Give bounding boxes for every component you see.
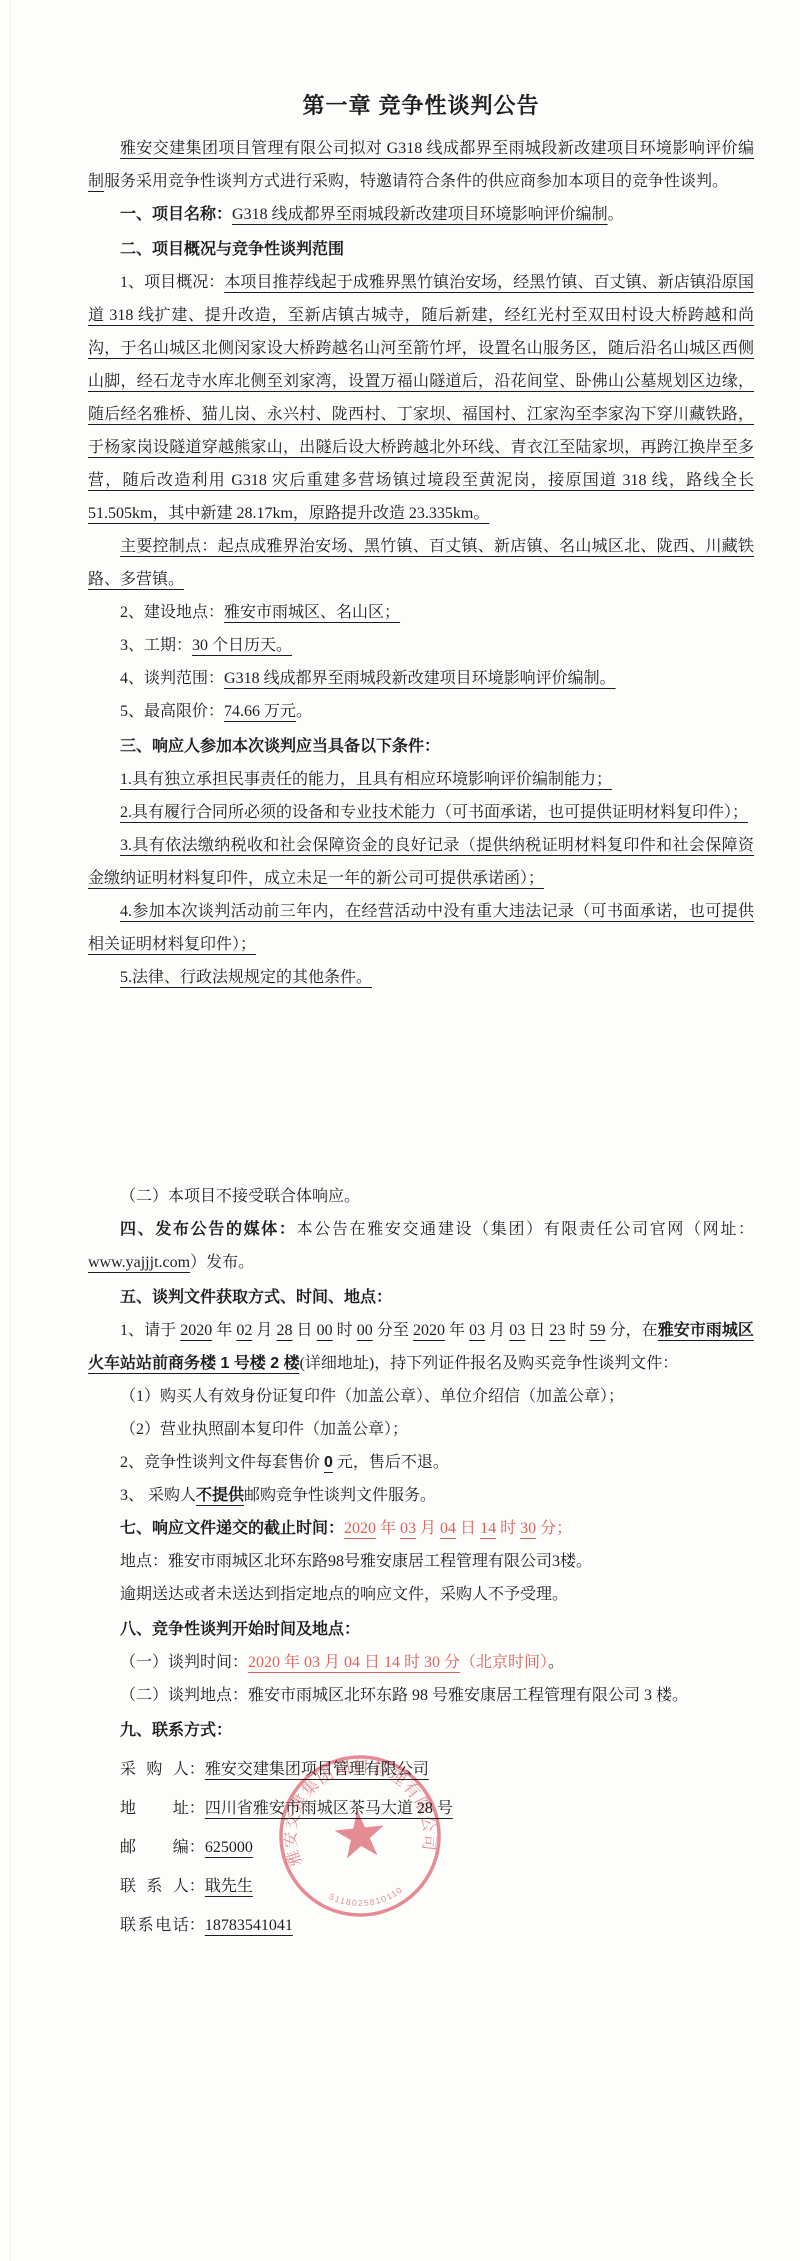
section-1-project-name: 一、项目名称：G318 线成都界至雨城段新改建项目环境影响评价编制。 [88,198,754,231]
start-year: 2020 [180,1322,212,1339]
price-value: 74.66 万元 [224,703,296,720]
condition-3: 3.具有依法缴纳税收和社会保障资金的良好记录（提供纳税证明材料复印件和社会保障资… [88,829,754,895]
negotiation-scope-item: 4、谈判范围：G318 线成都界至雨城段新改建项目环境影响评价编制。 [88,662,754,695]
run: 邮购竞争性谈判文件服务。 [244,1487,436,1504]
run: 2、竞争性谈判文件每套售价 [120,1454,324,1471]
run: 年 [212,1322,236,1339]
run: 1、请于 [120,1322,180,1339]
section-1-period: 。 [608,206,624,223]
run: 3、 采购人 [120,1487,196,1504]
section-7-deadline: 七、响应文件递交的截止时间：2020 年 03 月 04 日 14 时 30 分… [88,1512,754,1545]
zip-label: 邮编 [120,1831,189,1864]
contact-person-label: 联系人 [120,1870,189,1903]
run: 时 [565,1322,589,1339]
construction-location-item: 2、建设地点：雅安市雨城区、名山区； [88,596,754,629]
project-overview-paragraph: 1、项目概况：本项目推荐线起于成雅界黑竹镇治安场，经黑竹镇、百丈镇、新店镇沿原国… [88,266,754,530]
run: 分； [536,1520,572,1537]
end-month: 03 [469,1322,485,1339]
negotiation-place-value: 雅安市雨城区北环东路 98 号雅安康居工程管理有限公司 3 楼。 [248,1687,688,1704]
project-name-value: G318 线成都界至雨城段新改建项目环境影响评价编制 [232,206,608,223]
required-document-1: （1）购买人有效身份证复印件（加盖公章）、单位介绍信（加盖公章）； [88,1380,754,1413]
end-hour: 23 [549,1322,565,1339]
colon: ： [189,1878,205,1895]
run: 元，售后不退。 [333,1454,449,1471]
start-month: 02 [236,1322,252,1339]
run: 月 [416,1520,440,1537]
media-text: 本公告在雅安交通建设（集团）有限责任公司官网（网址： [297,1221,754,1238]
run: 分至 [373,1322,413,1339]
section-1-label: 一、项目名称： [120,206,232,223]
section-3-heading: 三、响应人参加本次谈判应当具备以下条件： [88,730,754,763]
condition-2-text: 2.具有履行合同所必须的设备和专业技术能力（可书面承诺，也可提供证明材料复印件）… [120,804,748,821]
required-document-2: （2）营业执照副本复印件（加盖公章）； [88,1413,754,1446]
buyer-label: 采购人 [120,1753,189,1786]
submission-place: 地点：雅安市雨城区北环东路98号雅安康居工程管理有限公司3楼。 [88,1545,754,1578]
condition-5-text: 5.法律、行政法规规定的其他条件。 [120,969,372,986]
start-minute: 00 [357,1322,373,1339]
run: 年 [376,1520,400,1537]
scan-artifact-line [10,0,11,2261]
run: 。 [548,1654,564,1671]
document-purchase-paragraph: 1、请于 2020 年 02 月 28 日 00 时 00 分至 2020 年 … [88,1314,754,1380]
price-period: 。 [296,703,312,720]
condition-1-text: 1.具有独立承担民事责任的能力，且具有相应环境影响评价编制能力； [120,771,612,788]
negotiation-time-label: （一）谈判时间： [120,1654,248,1671]
document-page: 第一章 竞争性谈判公告 雅安交建集团项目管理有限公司拟对 G318 线成都界至雨… [0,0,800,2261]
deadline-day: 04 [440,1520,456,1537]
location-label: 2、建设地点： [120,604,224,621]
intro-paragraph: 雅安交建集团项目管理有限公司拟对 G318 线成都界至雨城段新改建项目环境影响评… [88,132,754,198]
beijing-time-note: （北京时间） [460,1654,548,1671]
price-label: 5、最高限价： [120,703,224,720]
overview-text: 本项目推荐线起于成雅界黑竹镇治安场，经黑竹镇、百丈镇、新店镇沿原国道 318 线… [88,274,754,522]
section-2-heading: 二、项目概况与竞争性谈判范围 [88,233,754,266]
run: 日 [456,1520,480,1537]
run: 时 [333,1322,357,1339]
run: (详细地址)，持下列证件报名及购买竞争性谈判文件： [300,1355,679,1372]
run: 时 [496,1520,520,1537]
document-content: 第一章 竞争性谈判公告 雅安交建集团项目管理有限公司拟对 G318 线成都界至雨… [88,88,754,1942]
intro-rest-run: 服务采用竞争性谈判方式进行采购，特邀请符合条件的供应商参加本项目的竞争性谈判。 [104,173,728,190]
phone-value: 18783541041 [205,1917,293,1934]
section-5-heading: 五、谈判文件获取方式、时间、地点： [88,1281,754,1314]
deadline-hour: 14 [480,1520,496,1537]
phone-label: 联系电话 [120,1909,189,1942]
colon: ： [189,1917,205,1934]
control-points-text: 主要控制点：起点成雅界治安场、黑竹镇、百丈镇、新店镇、名山城区北、陇西、川藏铁路… [88,538,754,588]
duration-label: 3、工期： [120,637,192,654]
run: 日 [525,1322,549,1339]
document-price-value: 0 [324,1454,333,1471]
section-4-media: 四、发布公告的媒体：本公告在雅安交通建设（集团）有限责任公司官网（网址：www.… [88,1213,754,1279]
negotiation-time-item: （一）谈判时间：2020 年 03 月 04 日 14 时 30 分（北京时间）… [88,1646,754,1679]
media-tail: ）发布。 [190,1254,254,1271]
section-8-heading: 八、竞争性谈判开始时间及地点： [88,1613,754,1646]
document-price-item: 2、竞争性谈判文件每套售价 0 元，售后不退。 [88,1446,754,1479]
start-hour: 00 [317,1322,333,1339]
seal-company-arc-text: 雅安交建集团项目管理有限公司 [274,1750,440,1869]
start-day: 28 [277,1322,293,1339]
run: 分，在 [606,1322,658,1339]
seal-star-icon [333,1808,387,1860]
late-submission-note: 逾期送达或者未送达到指定地点的响应文件，采购人不予受理。 [88,1578,754,1611]
location-value: 雅安市雨城区、名山区； [224,604,400,621]
negotiation-place-item: （二）谈判地点：雅安市雨城区北环东路 98 号雅安康居工程管理有限公司 3 楼。 [88,1679,754,1712]
run: 月 [252,1322,276,1339]
condition-4: 4.参加本次谈判活动前三年内，在经营活动中没有重大违法记录（可书面承诺，也可提供… [88,895,754,961]
condition-4-text: 4.参加本次谈判活动前三年内，在经营活动中没有重大违法记录（可书面承诺，也可提供… [88,903,754,953]
run: 日 [293,1322,317,1339]
colon: ： [189,1839,205,1856]
price-cap-item: 5、最高限价：74.66 万元。 [88,695,754,728]
duration-value: 30 个日历天。 [192,637,292,654]
no-consortium-note: （二）本项目不接受联合体响应。 [88,1180,754,1213]
negotiation-date: 2020 年 03 月 04 日 14 时 30 分 [248,1654,460,1671]
end-minute: 59 [590,1322,606,1339]
condition-5: 5.法律、行政法规规定的其他条件。 [88,961,754,994]
scope-label: 4、谈判范围： [120,670,224,687]
zip-value: 625000 [205,1839,253,1856]
run: 年 [445,1322,469,1339]
condition-1: 1.具有独立承担民事责任的能力，且具有相应环境影响评价编制能力； [88,763,754,796]
no-mail-order-item: 3、 采购人不提供邮购竞争性谈判文件服务。 [88,1479,754,1512]
deadline-year: 2020 [344,1520,376,1537]
section-4-label: 四、发布公告的媒体： [120,1221,297,1238]
not-provided-emphasis: 不提供 [196,1487,244,1504]
end-year: 2020 [413,1322,445,1339]
contact-person-value: 戢先生 [205,1878,253,1895]
scope-value: G318 线成都界至雨城段新改建项目环境影响评价编制。 [224,670,616,687]
overview-label: 1、项目概况： [120,274,224,291]
condition-2: 2.具有履行合同所必须的设备和专业技术能力（可书面承诺，也可提供证明材料复印件）… [88,796,754,829]
end-day: 03 [509,1322,525,1339]
colon: ： [189,1761,205,1778]
run: 月 [485,1322,509,1339]
company-red-seal: 雅安交建集团项目管理有限公司 5118025810110 [268,1744,453,1929]
duration-item: 3、工期：30 个日历天。 [88,629,754,662]
section-7-label: 七、响应文件递交的截止时间： [120,1520,344,1537]
website-url: www.yajjjt.com [88,1254,190,1271]
address-label: 地址 [120,1792,189,1825]
chapter-title: 第一章 竞争性谈判公告 [88,88,754,124]
deadline-minute: 30 [520,1520,536,1537]
colon: ： [189,1800,205,1817]
negotiation-place-label: （二）谈判地点： [120,1687,248,1704]
section-9-heading: 九、联系方式： [88,1714,754,1747]
condition-3-text: 3.具有依法缴纳税收和社会保障资金的良好记录（提供纳税证明材料复印件和社会保障资… [88,837,754,887]
control-points-paragraph: 主要控制点：起点成雅界治安场、黑竹镇、百丈镇、新店镇、名山城区北、陇西、川藏铁路… [88,530,754,596]
deadline-month: 03 [400,1520,416,1537]
